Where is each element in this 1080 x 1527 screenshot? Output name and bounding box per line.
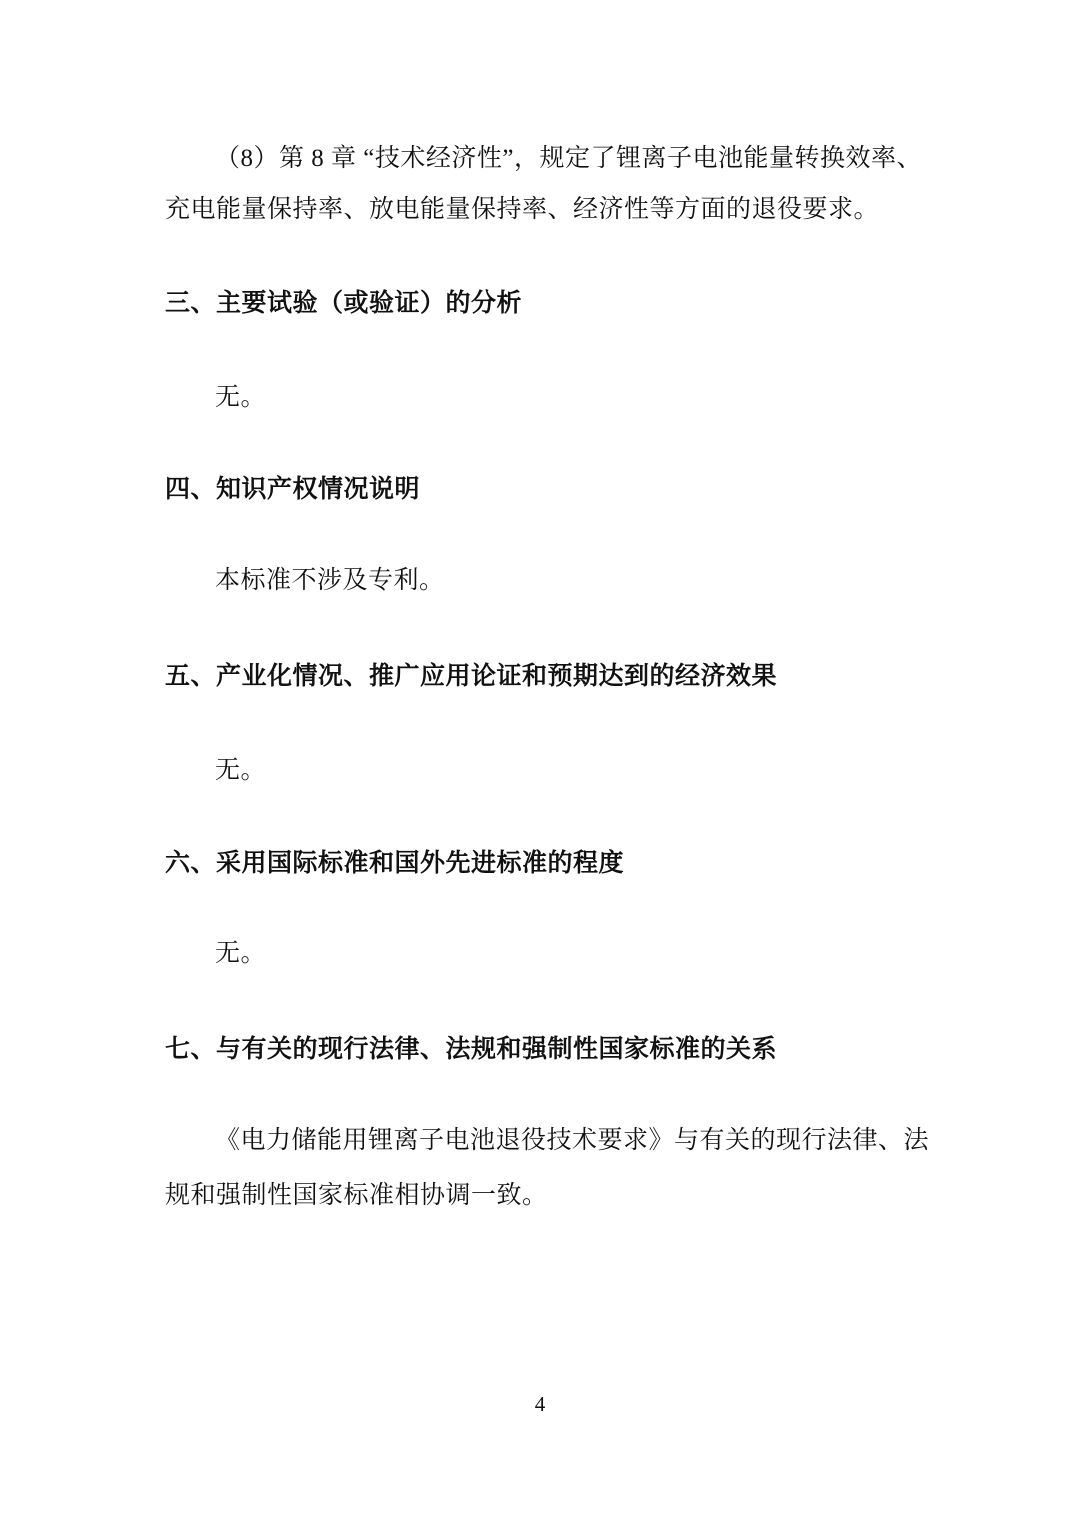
- section-body-3: 无。: [215, 383, 266, 413]
- paragraph-line: （8）第 8 章 “技术经济性”，规定了锂离子电池能量转换效率、: [215, 144, 922, 174]
- section-heading-7: 七、与有关的现行法律、法规和强制性国家标准的关系: [165, 1034, 777, 1064]
- page-number: 4: [0, 1392, 1080, 1416]
- section-heading-6: 六、采用国际标准和国外先进标准的程度: [165, 848, 624, 878]
- section-heading-4: 四、知识产权情况说明: [165, 474, 420, 504]
- section-body-5: 无。: [215, 756, 266, 786]
- section-body-4: 本标准不涉及专利。: [215, 566, 445, 596]
- document-page: （8）第 8 章 “技术经济性”，规定了锂离子电池能量转换效率、 充电能量保持率…: [0, 0, 1080, 1527]
- section-heading-3: 三、主要试验（或验证）的分析: [165, 288, 522, 318]
- section-body-6: 无。: [215, 939, 266, 969]
- section-heading-5: 五、产业化情况、推广应用论证和预期达到的经济效果: [165, 661, 777, 691]
- section-body-7-line2: 规和强制性国家标准相协调一致。: [165, 1181, 548, 1211]
- section-body-7-line1: 《电力储能用锂离子电池退役技术要求》与有关的现行法律、法: [215, 1126, 929, 1156]
- paragraph-line: 充电能量保持率、放电能量保持率、经济性等方面的退役要求。: [165, 195, 879, 225]
